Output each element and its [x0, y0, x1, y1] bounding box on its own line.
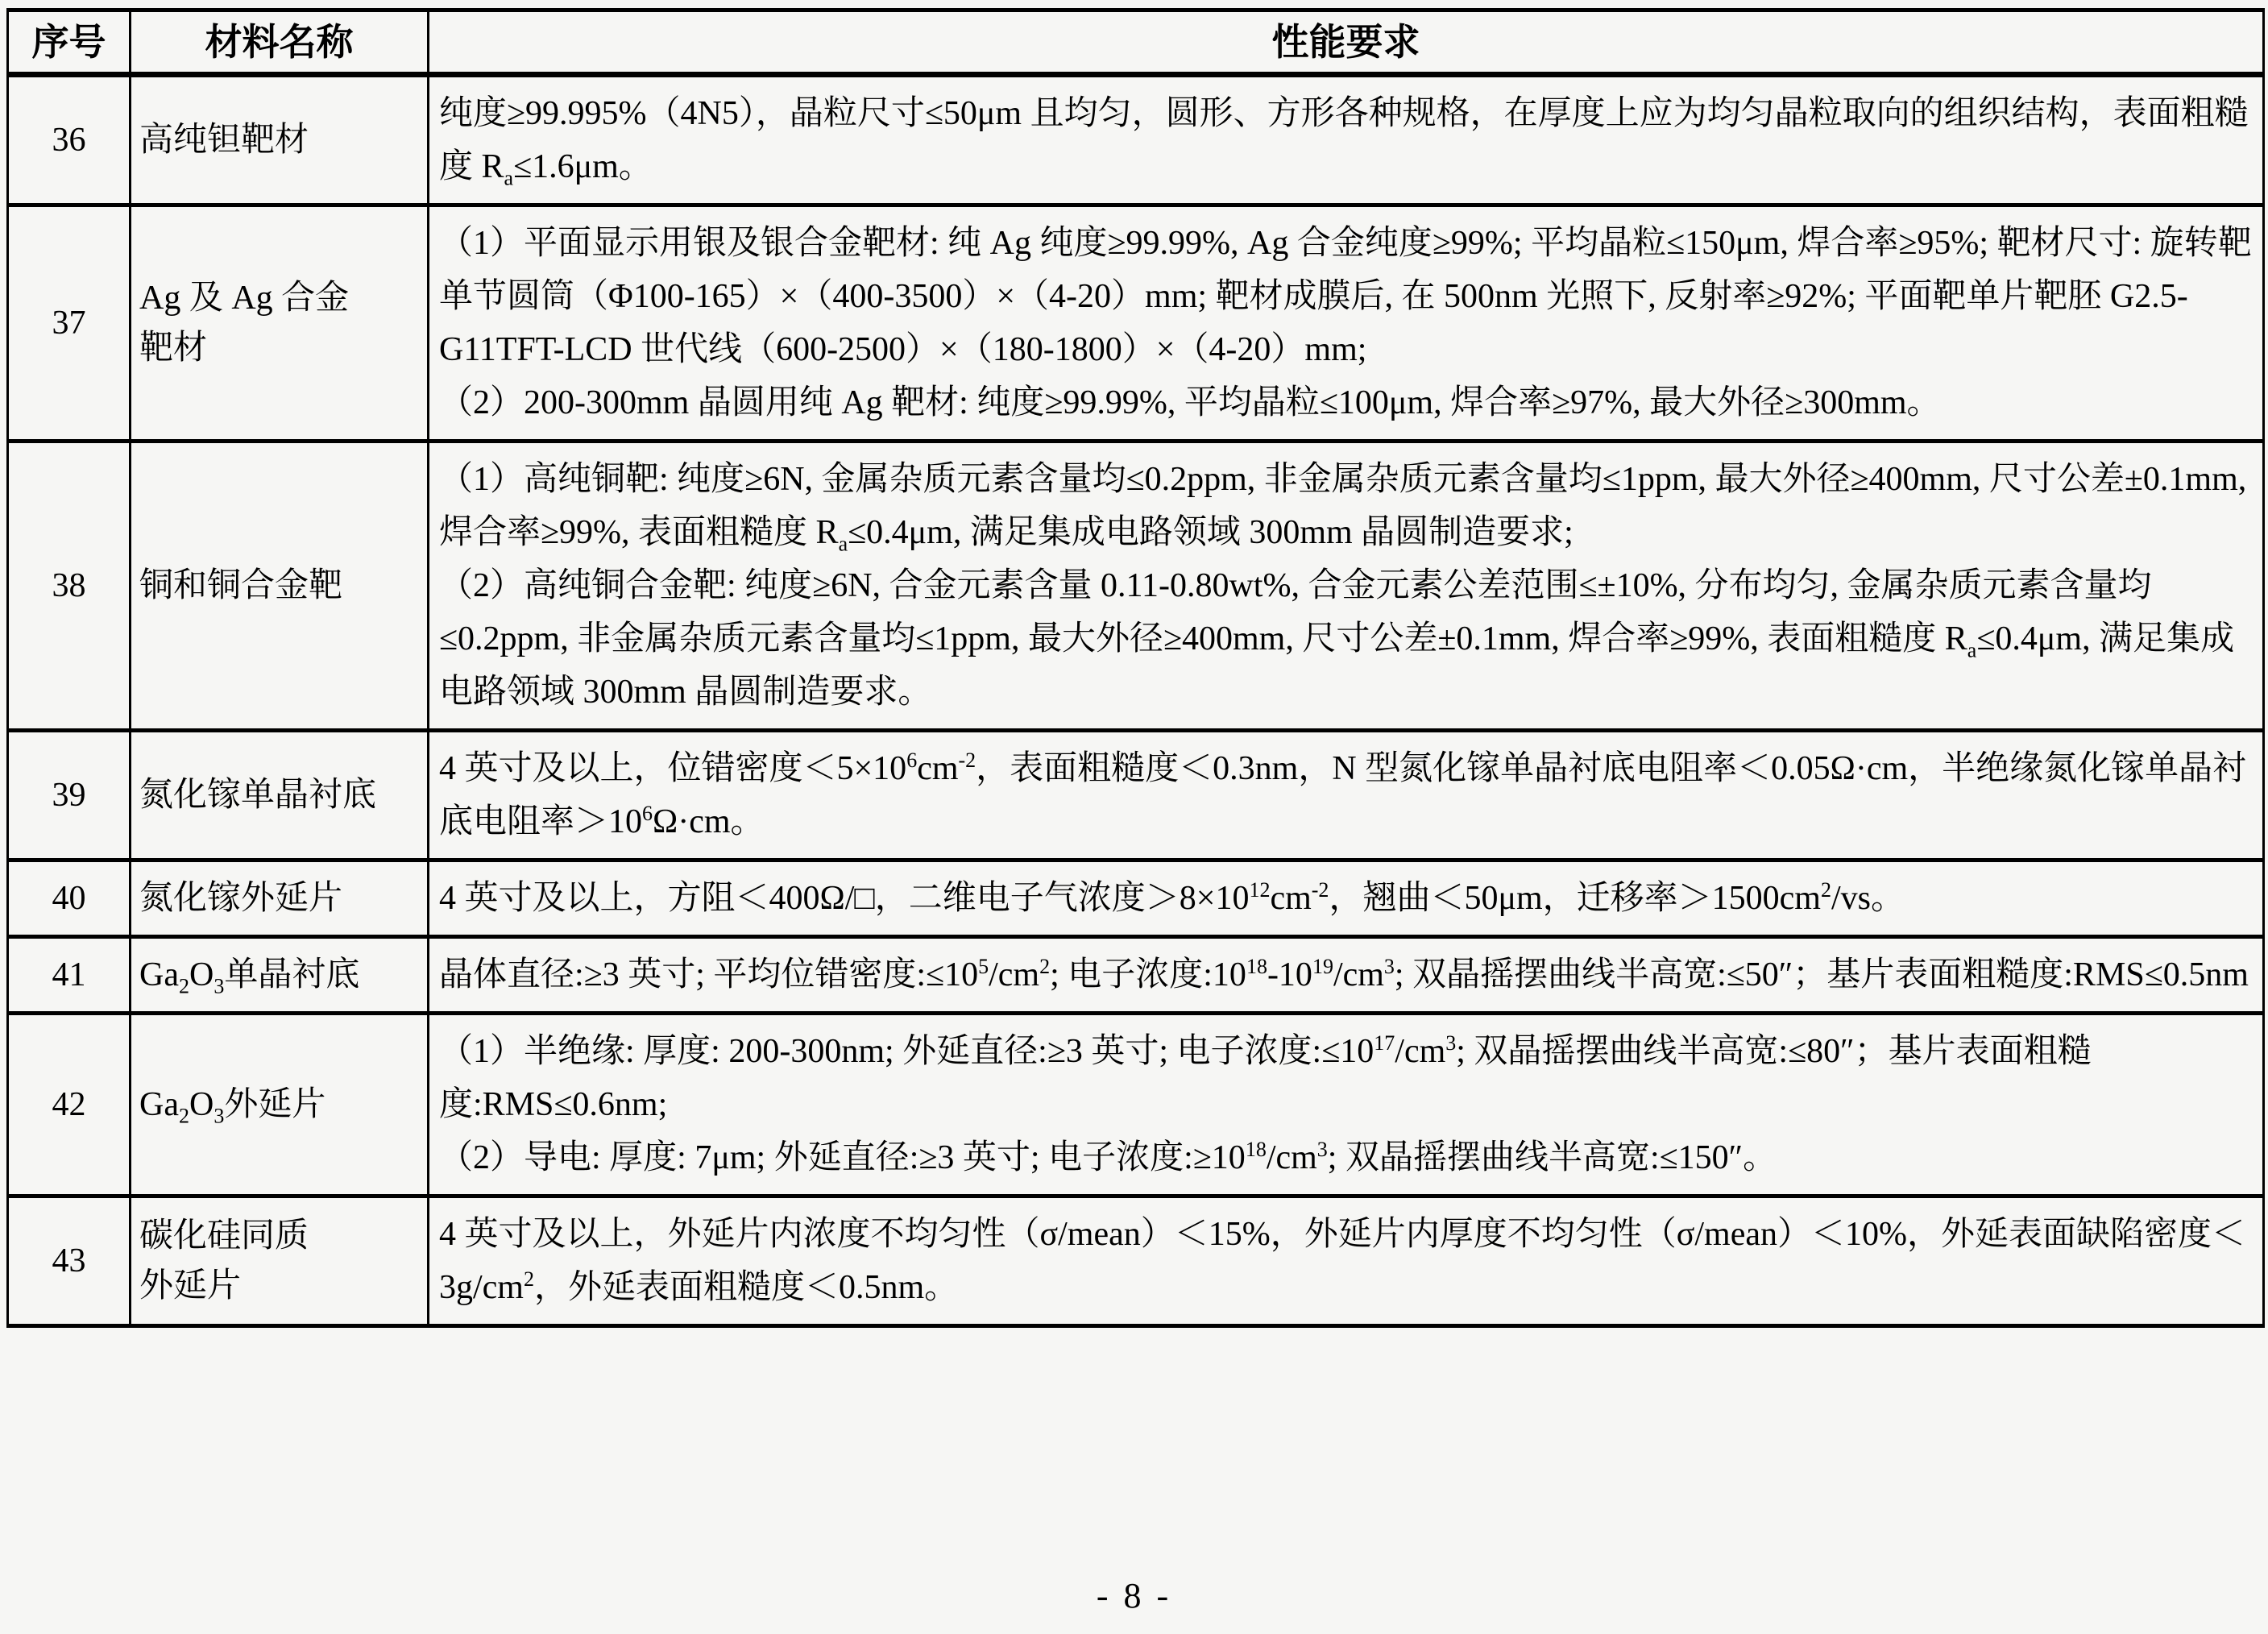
row-number-cell: 40	[8, 861, 131, 937]
requirements-cell: 纯度≥99.995%（4N5），晶粒尺寸≤50μm 且均匀，圆形、方形各种规格，…	[429, 75, 2264, 205]
materials-spec-table: 序号 材料名称 性能要求 36 高纯钽靶材 纯度≥99.995%（4N5），晶粒…	[6, 8, 2265, 1328]
material-name-cell: 氮化镓单晶衬底	[131, 731, 429, 861]
table-row: 42 Ga2O3外延片 （1）半绝缘: 厚度: 200-300nm; 外延直径:…	[8, 1014, 2264, 1196]
material-name-cell: Ag 及 Ag 合金靶材	[131, 205, 429, 442]
row-number-cell: 38	[8, 442, 131, 731]
header-performance-requirements: 性能要求	[429, 10, 2264, 75]
material-name-cell: 氮化镓外延片	[131, 861, 429, 937]
table-row: 43 碳化硅同质外延片 4 英寸及以上，外延片内浓度不均匀性（σ/mean）＜1…	[8, 1196, 2264, 1326]
row-number-cell: 41	[8, 937, 131, 1014]
document-page: 序号 材料名称 性能要求 36 高纯钽靶材 纯度≥99.995%（4N5），晶粒…	[0, 0, 2268, 1634]
material-name-cell: 铜和铜合金靶	[131, 442, 429, 731]
table-row: 38 铜和铜合金靶 （1）高纯铜靶: 纯度≥6N, 金属杂质元素含量均≤0.2p…	[8, 442, 2264, 731]
row-number-cell: 37	[8, 205, 131, 442]
row-number-cell: 36	[8, 75, 131, 205]
requirements-cell: （1）高纯铜靶: 纯度≥6N, 金属杂质元素含量均≤0.2ppm, 非金属杂质元…	[429, 442, 2264, 731]
requirements-cell: 4 英寸及以上，位错密度＜5×106cm-2，表面粗糙度＜0.3nm，N 型氮化…	[429, 731, 2264, 861]
material-name-cell: Ga2O3单晶衬底	[131, 937, 429, 1014]
page-number: - 8 -	[0, 1575, 2268, 1616]
requirements-cell: 4 英寸及以上，方阻＜400Ω/□，二维电子气浓度＞8×1012cm-2，翘曲＜…	[429, 861, 2264, 937]
row-number-cell: 42	[8, 1014, 131, 1196]
table-row: 40 氮化镓外延片 4 英寸及以上，方阻＜400Ω/□，二维电子气浓度＞8×10…	[8, 861, 2264, 937]
table-header-row: 序号 材料名称 性能要求	[8, 10, 2264, 75]
table-row: 36 高纯钽靶材 纯度≥99.995%（4N5），晶粒尺寸≤50μm 且均匀，圆…	[8, 75, 2264, 205]
material-name-cell: 碳化硅同质外延片	[131, 1196, 429, 1326]
row-number-cell: 43	[8, 1196, 131, 1326]
requirements-cell: 晶体直径:≥3 英寸; 平均位错密度:≤105/cm2; 电子浓度:1018-1…	[429, 937, 2264, 1014]
table-row: 37 Ag 及 Ag 合金靶材 （1）平面显示用银及银合金靶材: 纯 Ag 纯度…	[8, 205, 2264, 442]
material-name-cell: Ga2O3外延片	[131, 1014, 429, 1196]
header-serial-number: 序号	[8, 10, 131, 75]
requirements-cell: （1）半绝缘: 厚度: 200-300nm; 外延直径:≥3 英寸; 电子浓度:…	[429, 1014, 2264, 1196]
material-name-cell: 高纯钽靶材	[131, 75, 429, 205]
table-row: 39 氮化镓单晶衬底 4 英寸及以上，位错密度＜5×106cm-2，表面粗糙度＜…	[8, 731, 2264, 861]
requirements-cell: （1）平面显示用银及银合金靶材: 纯 Ag 纯度≥99.99%, Ag 合金纯度…	[429, 205, 2264, 442]
requirements-cell: 4 英寸及以上，外延片内浓度不均匀性（σ/mean）＜15%，外延片内厚度不均匀…	[429, 1196, 2264, 1326]
row-number-cell: 39	[8, 731, 131, 861]
header-material-name: 材料名称	[131, 10, 429, 75]
table-row: 41 Ga2O3单晶衬底 晶体直径:≥3 英寸; 平均位错密度:≤105/cm2…	[8, 937, 2264, 1014]
